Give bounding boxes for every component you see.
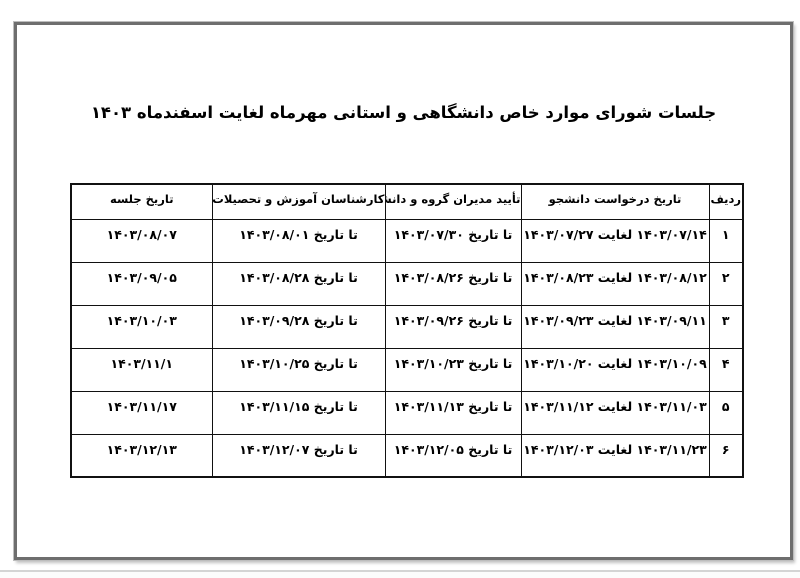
cell-experts-deadline: تا تاریخ ۱۴۰۳/۰۹/۲۸	[212, 305, 385, 348]
cell-request-range: ۱۴۰۳/۰۸/۱۲ لغایت ۱۴۰۳/۰۸/۲۳	[521, 262, 709, 305]
cell-row-number: ۶	[709, 434, 743, 477]
cell-experts-deadline: تا تاریخ ۱۴۰۳/۰۸/۰۱	[212, 219, 385, 262]
cell-row-number: ۳	[709, 305, 743, 348]
cell-dean-approval-deadline: تا تاریخ ۱۴۰۳/۱۲/۰۵	[385, 434, 521, 477]
cell-row-number: ۵	[709, 391, 743, 434]
cell-experts-deadline: تا تاریخ ۱۴۰۳/۱۰/۲۵	[212, 348, 385, 391]
cell-dean-approval-deadline: تا تاریخ ۱۴۰۳/۱۱/۱۳	[385, 391, 521, 434]
cell-request-range: ۱۴۰۳/۱۰/۰۹ لغایت ۱۴۰۳/۱۰/۲۰	[521, 348, 709, 391]
col-header-session-date: تاریخ جلسه	[71, 184, 212, 219]
col-header-request-date: تاریخ درخواست دانشجو	[521, 184, 709, 219]
cell-dean-approval-deadline: تا تاریخ ۱۴۰۳/۱۰/۲۳	[385, 348, 521, 391]
viewer-canvas: جلسات شورای موارد خاص دانشگاهی و استانی …	[0, 0, 800, 578]
col-header-row-number: ردیف	[709, 184, 743, 219]
cell-row-number: ۱	[709, 219, 743, 262]
cell-request-range: ۱۴۰۳/۱۱/۰۳ لغایت ۱۴۰۳/۱۱/۱۲	[521, 391, 709, 434]
table-header-row: ردیف تاریخ درخواست دانشجو تأیید مدیران گ…	[71, 184, 743, 219]
cell-session-date: ۱۴۰۳/۰۸/۰۷	[71, 219, 212, 262]
document-page: جلسات شورای موارد خاص دانشگاهی و استانی …	[14, 22, 793, 560]
col-header-experts: کارشناسان آموزش و تحصیلات تکمیلی	[212, 184, 385, 219]
table-row: ۴ ۱۴۰۳/۱۰/۰۹ لغایت ۱۴۰۳/۱۰/۲۰ تا تاریخ ۱…	[71, 348, 743, 391]
cell-session-date: ۱۴۰۳/۱۱/۱۷	[71, 391, 212, 434]
cell-dean-approval-deadline: تا تاریخ ۱۴۰۳/۰۸/۲۶	[385, 262, 521, 305]
cell-session-date: ۱۴۰۳/۱۲/۱۳	[71, 434, 212, 477]
cell-dean-approval-deadline: تا تاریخ ۱۴۰۳/۰۷/۳۰	[385, 219, 521, 262]
cell-request-range: ۱۴۰۳/۰۷/۱۴ لغایت ۱۴۰۳/۰۷/۲۷	[521, 219, 709, 262]
cell-experts-deadline: تا تاریخ ۱۴۰۳/۱۲/۰۷	[212, 434, 385, 477]
cell-experts-deadline: تا تاریخ ۱۴۰۳/۰۸/۲۸	[212, 262, 385, 305]
cell-session-date: ۱۴۰۳/۰۹/۰۵	[71, 262, 212, 305]
cell-row-number: ۴	[709, 348, 743, 391]
cell-dean-approval-deadline: تا تاریخ ۱۴۰۳/۰۹/۲۶	[385, 305, 521, 348]
cell-session-date: ۱۴۰۳/۱۰/۰۳	[71, 305, 212, 348]
cell-experts-deadline: تا تاریخ ۱۴۰۳/۱۱/۱۵	[212, 391, 385, 434]
cell-session-date: ۱۴۰۳/۱۱/۱	[71, 348, 212, 391]
table-row: ۱ ۱۴۰۳/۰۷/۱۴ لغایت ۱۴۰۳/۰۷/۲۷ تا تاریخ ۱…	[71, 219, 743, 262]
viewer-bottom-edge	[0, 570, 800, 578]
cell-row-number: ۲	[709, 262, 743, 305]
document-title: جلسات شورای موارد خاص دانشگاهی و استانی …	[17, 103, 790, 122]
table-row: ۶ ۱۴۰۳/۱۱/۲۳ لغایت ۱۴۰۳/۱۲/۰۳ تا تاریخ ۱…	[71, 434, 743, 477]
cell-request-range: ۱۴۰۳/۰۹/۱۱ لغایت ۱۴۰۳/۰۹/۲۳	[521, 305, 709, 348]
table-row: ۲ ۱۴۰۳/۰۸/۱۲ لغایت ۱۴۰۳/۰۸/۲۳ تا تاریخ ۱…	[71, 262, 743, 305]
col-header-dean-approval: تأیید مدیران گروه و دانشکده	[385, 184, 521, 219]
schedule-table: ردیف تاریخ درخواست دانشجو تأیید مدیران گ…	[70, 183, 744, 478]
table-row: ۳ ۱۴۰۳/۰۹/۱۱ لغایت ۱۴۰۳/۰۹/۲۳ تا تاریخ ۱…	[71, 305, 743, 348]
cell-request-range: ۱۴۰۳/۱۱/۲۳ لغایت ۱۴۰۳/۱۲/۰۳	[521, 434, 709, 477]
table-row: ۵ ۱۴۰۳/۱۱/۰۳ لغایت ۱۴۰۳/۱۱/۱۲ تا تاریخ ۱…	[71, 391, 743, 434]
